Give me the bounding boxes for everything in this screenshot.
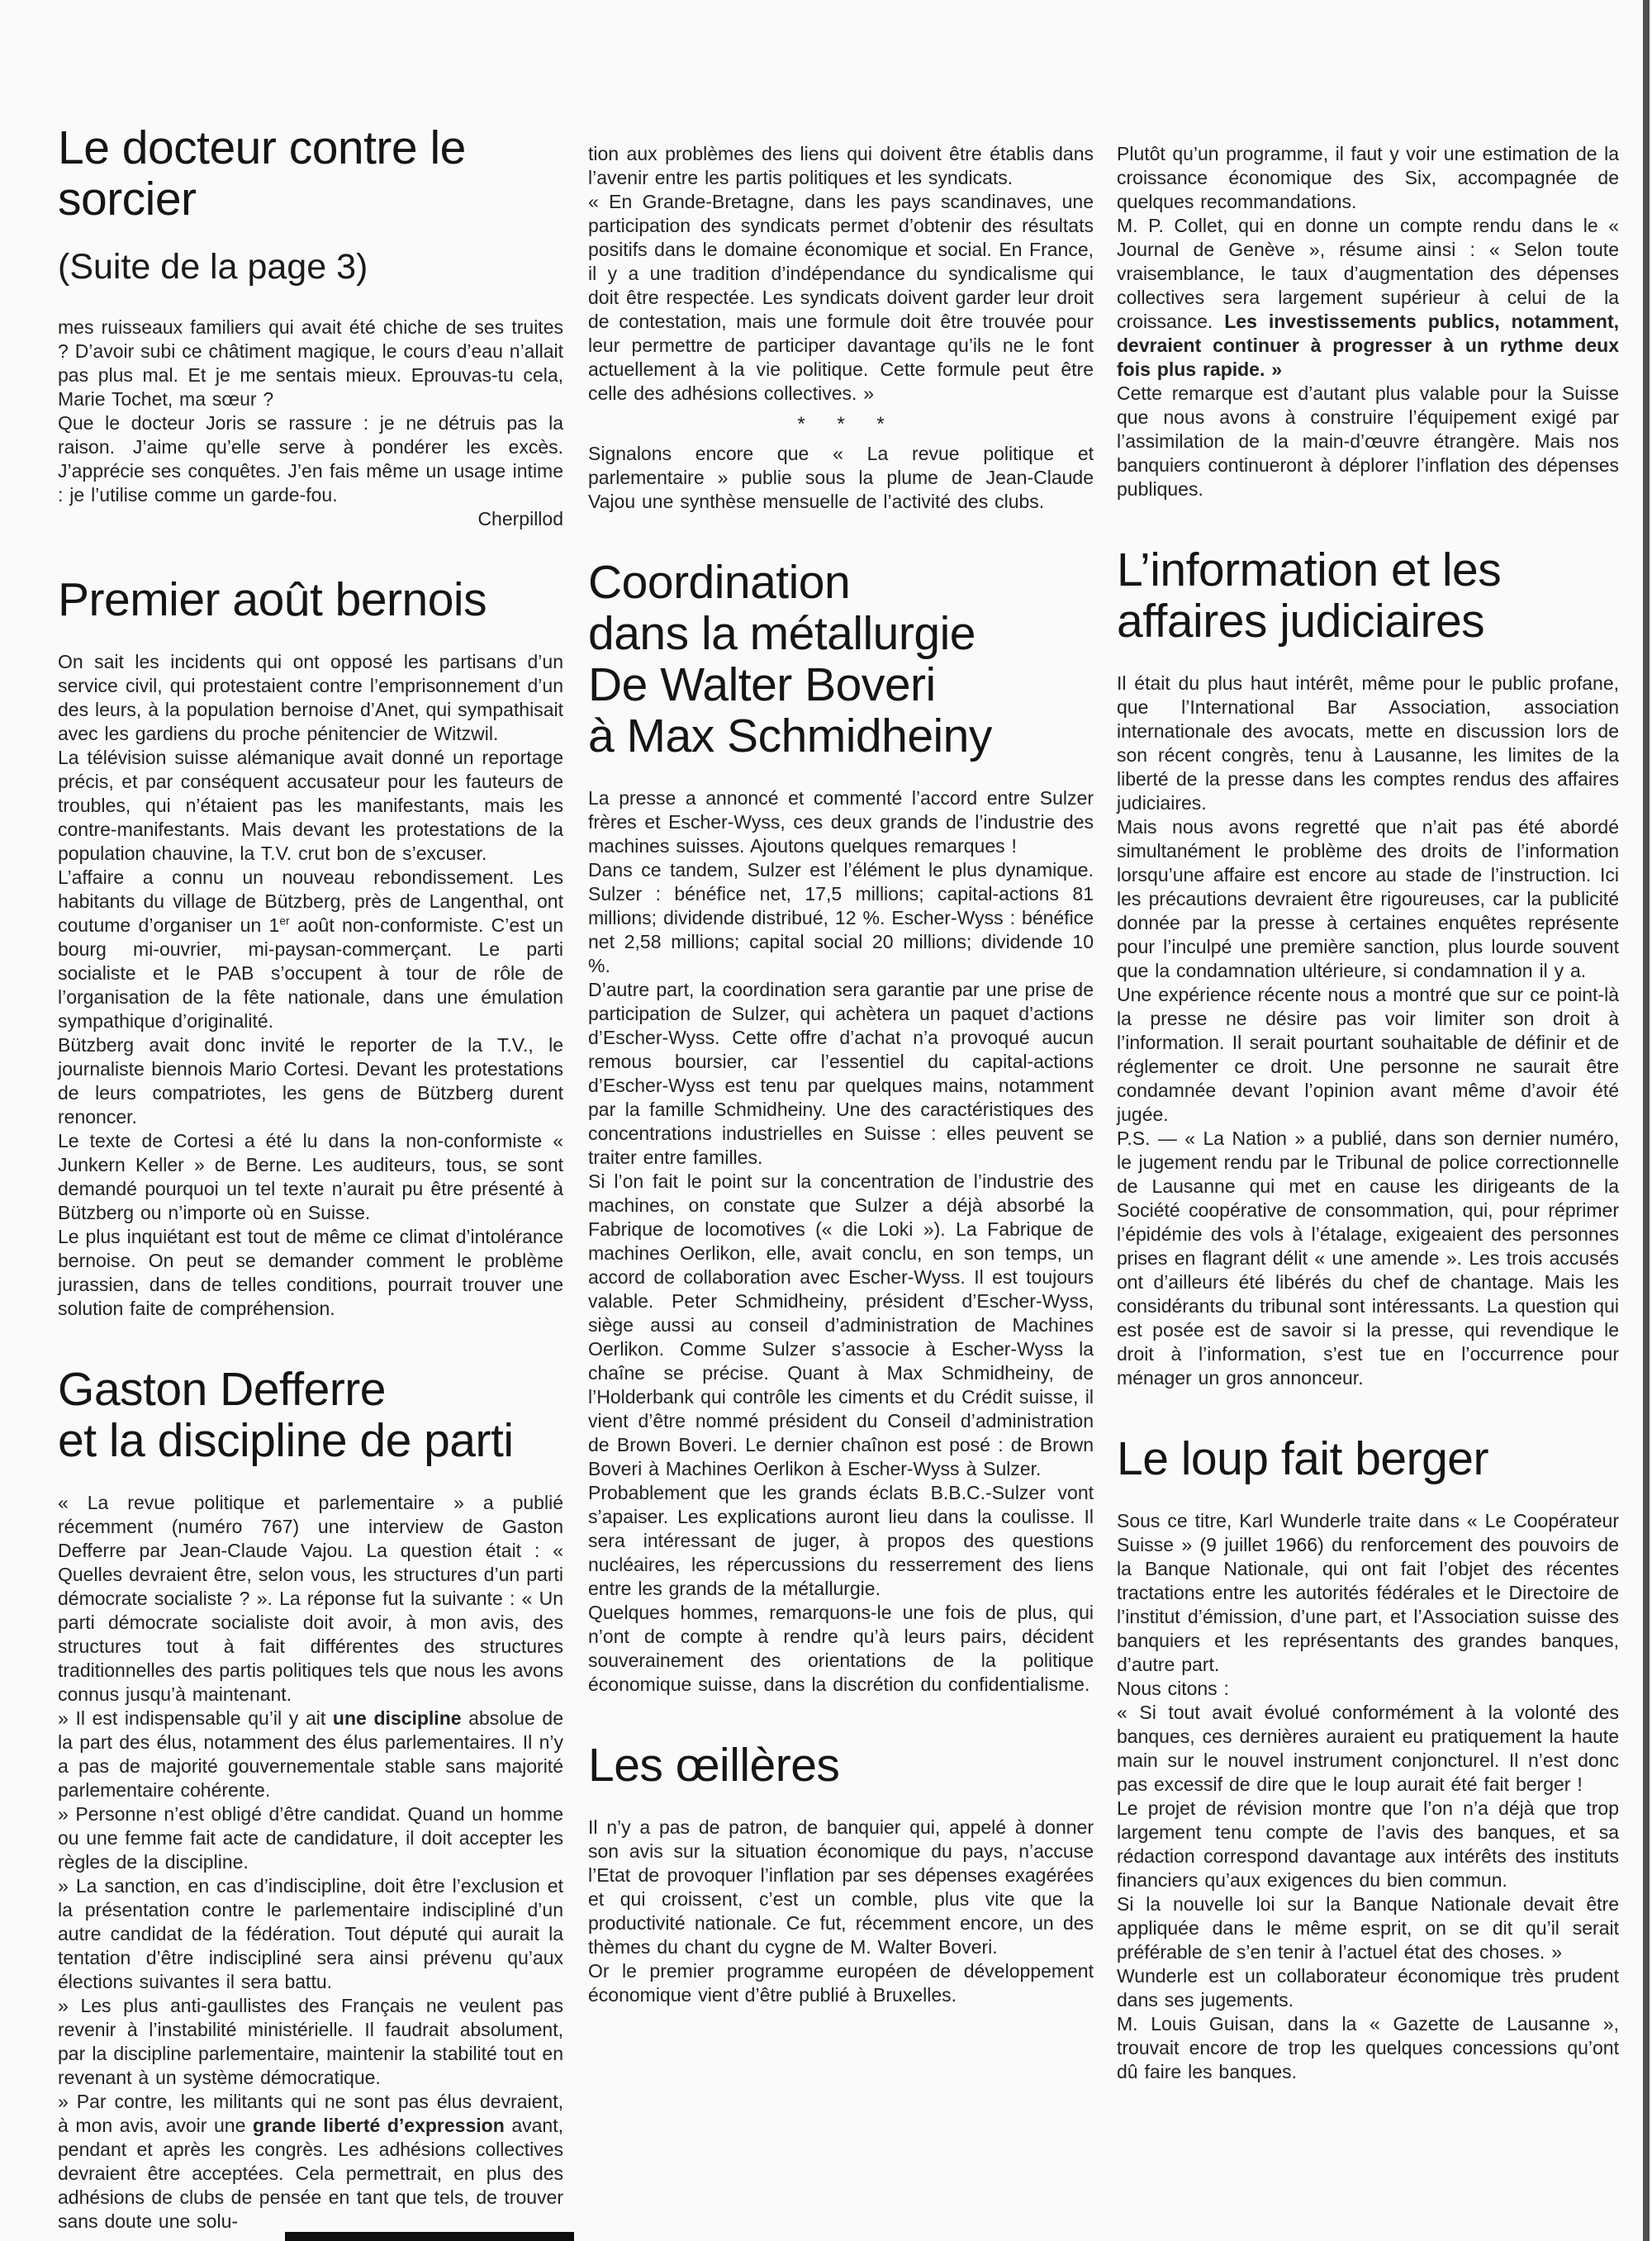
paragraph: Si la nouvelle loi sur la Banque Nationa… <box>1117 1892 1619 1964</box>
text-run: Signalons encore que « La revue politiqu… <box>588 443 1094 512</box>
title-line: à Max Schmidheiny <box>588 710 1094 762</box>
article-title-coordination-dans-la-metallurgie: Coordinationdans la métallurgieDe Walter… <box>588 557 1094 762</box>
text-run: Si l’on fait le point sur la concentrati… <box>588 1170 1094 1479</box>
column-1: Le docteur contre le sorcier(Suite de la… <box>58 0 563 2234</box>
text-run: » Les plus anti-gaullistes des Français … <box>58 1995 563 2088</box>
text-run: Le plus inquiétant est tout de même ce c… <box>58 1226 563 1319</box>
article-title-les-oeilleres: Les œillères <box>588 1740 1094 1791</box>
text-run: Une expérience récente nous a montré que… <box>1117 984 1619 1125</box>
text-run: Sous ce titre, Karl Wunderle traite dans… <box>1117 1510 1619 1675</box>
scan-edge-line <box>1643 0 1650 2241</box>
paragraph: » Par contre, les militants qui ne sont … <box>58 2090 563 2234</box>
paragraph: Nous citons : <box>1117 1677 1619 1701</box>
newspaper-page: Le docteur contre le sorcier(Suite de la… <box>0 0 1652 2241</box>
paragraph: Cette remarque est d’autant plus valable… <box>1117 382 1619 501</box>
text-run: Dans ce tandem, Sulzer est l’élément le … <box>588 859 1094 976</box>
text-run: » Il est indispensable qu’il y ait <box>58 1707 333 1729</box>
text-run: D’autre part, la coordination sera garan… <box>588 979 1094 1168</box>
text-run: Quelques hommes, remarquons-le une fois … <box>588 1602 1094 1695</box>
text-run: Or le premier programme européen de déve… <box>588 1960 1094 2006</box>
article-title-le-docteur-contre-le-sorcier: Le docteur contre le sorcier <box>58 122 563 225</box>
text-run: M. Louis Guisan, dans la « Gazette de La… <box>1117 2013 1619 2082</box>
article-title-premier-aout-bernois: Premier août bernois <box>58 574 563 625</box>
paragraph: On sait les incidents qui ont opposé les… <box>58 650 563 746</box>
title-line: De Walter Boveri <box>588 659 1094 710</box>
paragraph: Il était du plus haut intérêt, même pour… <box>1117 672 1619 815</box>
bold-run: grande liberté d’expression <box>253 2115 505 2136</box>
text-run: Nous citons : <box>1117 1678 1229 1699</box>
title-line: dans la métallurgie <box>588 608 1094 659</box>
paragraph: Quelques hommes, remarquons-le une fois … <box>588 1601 1094 1697</box>
paragraph: Dans ce tandem, Sulzer est l’élément le … <box>588 858 1094 978</box>
bold-run: une discipline <box>333 1707 462 1729</box>
text-run: La presse a annoncé et commenté l’accord… <box>588 787 1094 857</box>
paragraph: » Il est indispensable qu’il y ait une d… <box>58 1707 563 1802</box>
paragraph: Wunderle est un collaborateur économique… <box>1117 1964 1619 2012</box>
text-run: Le texte de Cortesi a été lu dans la non… <box>58 1130 563 1223</box>
text-run: Il était du plus haut intérêt, même pour… <box>1117 672 1619 814</box>
text-run: mes ruisseaux familiers qui avait été ch… <box>58 316 563 410</box>
text-run: P.S. — « La Nation » a publié, dans son … <box>1117 1128 1619 1389</box>
paragraph: « La revue politique et parlementaire » … <box>58 1491 563 1707</box>
paragraph: Il n’y a pas de patron, de banquier qui,… <box>588 1816 1094 1959</box>
text-run: Il n’y a pas de patron, de banquier qui,… <box>588 1816 1094 1958</box>
paragraph: M. Louis Guisan, dans la « Gazette de La… <box>1117 2012 1619 2084</box>
text-run: tion aux problèmes des liens qui doivent… <box>588 143 1094 188</box>
title-line: Le loup fait berger <box>1117 1433 1619 1484</box>
column-2: tion aux problèmes des liens qui doivent… <box>588 0 1094 2007</box>
text-run: La télévision suisse alémanique avait do… <box>58 747 563 864</box>
paragraph: La presse a annoncé et commenté l’accord… <box>588 786 1094 858</box>
paragraph: Que le docteur Joris se rassure : je ne … <box>58 411 563 507</box>
paragraph: Signalons encore que « La revue politiqu… <box>588 442 1094 514</box>
article-title-l-information-et-les-affaires-judiciaires: L’information et lesaffaires judiciaires <box>1117 544 1619 647</box>
column-3: Plutôt qu’un programme, il faut y voir u… <box>1117 0 1619 2084</box>
paragraph: Une expérience récente nous a montré que… <box>1117 983 1619 1127</box>
signature: Cherpillod <box>58 507 563 531</box>
paragraph: Mais nous avons regretté que n’ait pas é… <box>1117 815 1619 983</box>
text-run: « Si tout avait évolué conformément à la… <box>1117 1702 1619 1795</box>
paragraph: tion aux problèmes des liens qui doivent… <box>588 142 1094 190</box>
text-run: « La revue politique et parlementaire » … <box>58 1492 563 1705</box>
title-line: Gaston Defferre <box>58 1364 563 1415</box>
title-line: Premier août bernois <box>58 574 563 625</box>
text-run: Probablement que les grands éclats B.B.C… <box>588 1482 1094 1599</box>
text-run: Si la nouvelle loi sur la Banque Nationa… <box>1117 1893 1619 1963</box>
text-run: Wunderle est un collaborateur économique… <box>1117 1965 1619 2011</box>
text-run: Que le docteur Joris se rassure : je ne … <box>58 412 563 506</box>
title-line: Le docteur contre le sorcier <box>58 122 563 225</box>
paragraph: La télévision suisse alémanique avait do… <box>58 746 563 866</box>
title-line: Coordination <box>588 557 1094 608</box>
text-run: « En Grande-Bretagne, dans les pays scan… <box>588 191 1094 404</box>
title-line: et la discipline de parti <box>58 1415 563 1466</box>
text-run: Cette remarque est d’autant plus valable… <box>1117 382 1619 500</box>
paragraph: D’autre part, la coordination sera garan… <box>588 978 1094 1170</box>
title-line: L’information et les <box>1117 544 1619 596</box>
text-run: Le projet de révision montre que l’on n’… <box>1117 1797 1619 1891</box>
paragraph: Bützberg avait donc invité le reporter d… <box>58 1033 563 1129</box>
text-run: » Personne n’est obligé d’être candidat.… <box>58 1803 563 1873</box>
article-title-gaston-defferre-discipline-de-parti: Gaston Defferreet la discipline de parti <box>58 1364 563 1466</box>
title-line: affaires judiciaires <box>1117 596 1619 647</box>
paragraph: mes ruisseaux familiers qui avait été ch… <box>58 316 563 411</box>
text-run: On sait les incidents qui ont opposé les… <box>58 651 563 744</box>
text-run: Bützberg avait donc invité le reporter d… <box>58 1034 563 1128</box>
paragraph: » La sanction, en cas d’indiscipline, do… <box>58 1874 563 1994</box>
scan-bottom-bar <box>285 2232 574 2241</box>
paragraph: Or le premier programme européen de déve… <box>588 1959 1094 2007</box>
paragraph: Le plus inquiétant est tout de même ce c… <box>58 1225 563 1321</box>
superscript-run: er <box>279 914 289 927</box>
article-title-le-loup-fait-berger: Le loup fait berger <box>1117 1433 1619 1484</box>
paragraph: Probablement que les grands éclats B.B.C… <box>588 1481 1094 1601</box>
paragraph: « Si tout avait évolué conformément à la… <box>1117 1701 1619 1797</box>
section-separator: * * * <box>588 412 1094 437</box>
text-run: » La sanction, en cas d’indiscipline, do… <box>58 1875 563 1992</box>
paragraph: Le projet de révision montre que l’on n’… <box>1117 1797 1619 1892</box>
title-line: Les œillères <box>588 1740 1094 1791</box>
paragraph: P.S. — « La Nation » a publié, dans son … <box>1117 1127 1619 1390</box>
paragraph: Plutôt qu’un programme, il faut y voir u… <box>1117 142 1619 214</box>
paragraph: » Personne n’est obligé d’être candidat.… <box>58 1802 563 1874</box>
paragraph: Si l’on fait le point sur la concentrati… <box>588 1170 1094 1481</box>
paragraph: M. P. Collet, qui en donne un compte ren… <box>1117 214 1619 382</box>
paragraph: » Les plus anti-gaullistes des Français … <box>58 1994 563 2090</box>
text-run: Plutôt qu’un programme, il faut y voir u… <box>1117 143 1619 212</box>
paragraph: Sous ce titre, Karl Wunderle traite dans… <box>1117 1509 1619 1677</box>
text-run: Mais nous avons regretté que n’ait pas é… <box>1117 816 1619 981</box>
paragraph: « En Grande-Bretagne, dans les pays scan… <box>588 190 1094 406</box>
article-subtitle: (Suite de la page 3) <box>58 246 563 287</box>
paragraph: L’affaire a connu un nouveau rebondissem… <box>58 866 563 1033</box>
paragraph: Le texte de Cortesi a été lu dans la non… <box>58 1129 563 1225</box>
